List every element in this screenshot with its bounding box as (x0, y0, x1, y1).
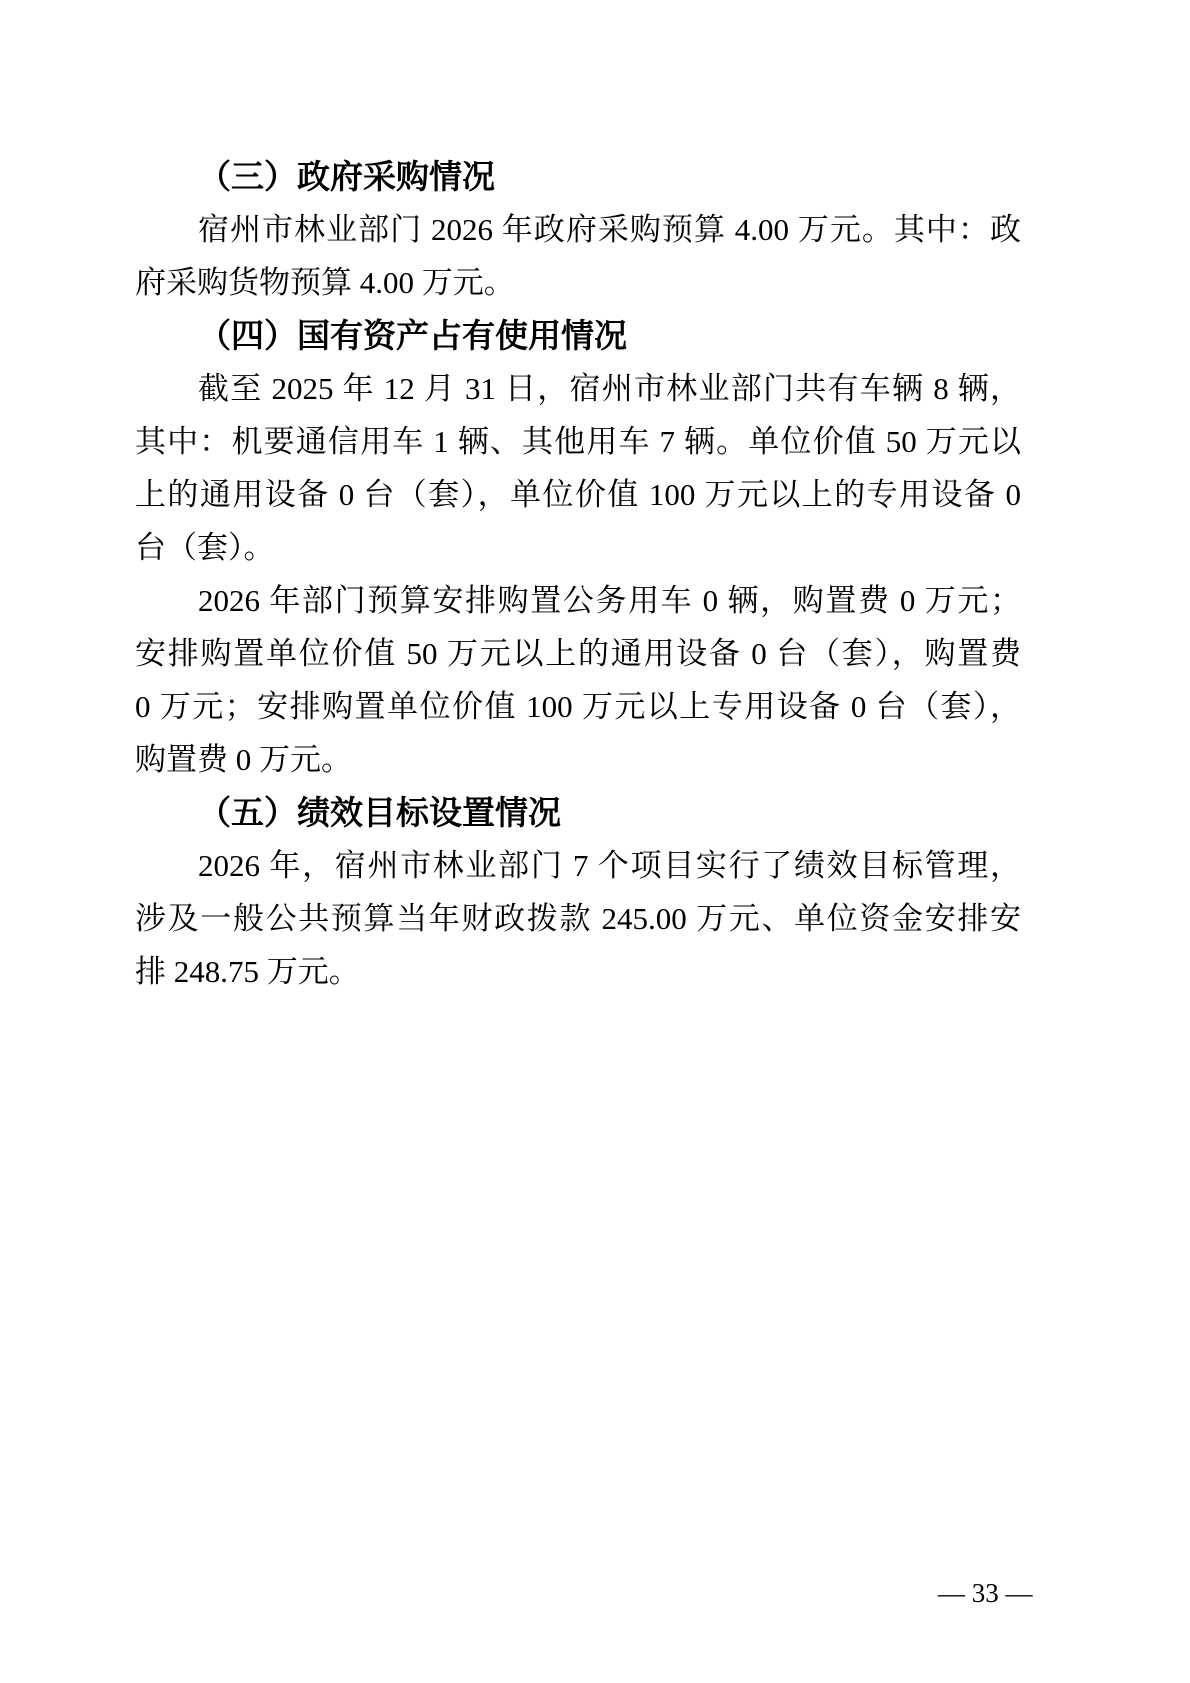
paragraph-vehicles-equipment: 截至 2025 年 12 月 31 日，宿州市林业部门共有车辆 8 辆， 其中：… (135, 362, 1021, 574)
text-line: 排 248.75 万元。 (135, 945, 1021, 998)
paragraph-planned-purchases: 2026 年部门预算安排购置公务用车 0 辆，购置费 0 万元； 安排购置单位价… (135, 574, 1021, 786)
text-line: 0 万元；安排购置单位价值 100 万元以上专用设备 0 台（套）， (135, 680, 1021, 733)
text-line: 2026 年部门预算安排购置公务用车 0 辆，购置费 0 万元； (135, 574, 1021, 627)
page-number: — 33 — (938, 1577, 1033, 1609)
text-line: 上的通用设备 0 台（套），单位价值 100 万元以上的专用设备 0 (135, 468, 1021, 521)
text-line: 其中：机要通信用车 1 辆、其他用车 7 辆。单位价值 50 万元以 (135, 415, 1021, 468)
document-page: （三）政府采购情况 宿州市林业部门 2026 年政府采购预算 4.00 万元。其… (0, 0, 1190, 1683)
section-heading-state-assets: （四）国有资产占有使用情况 (135, 309, 1021, 362)
text-line: 宿州市林业部门 2026 年政府采购预算 4.00 万元。其中：政 (135, 203, 1021, 256)
text-line: 2026 年，宿州市林业部门 7 个项目实行了绩效目标管理， (135, 839, 1021, 892)
text-line: 涉及一般公共预算当年财政拨款 245.00 万元、单位资金安排安 (135, 892, 1021, 945)
section-heading-performance-targets: （五）绩效目标设置情况 (135, 786, 1021, 839)
paragraph-performance-management: 2026 年，宿州市林业部门 7 个项目实行了绩效目标管理， 涉及一般公共预算当… (135, 839, 1021, 998)
document-content: （三）政府采购情况 宿州市林业部门 2026 年政府采购预算 4.00 万元。其… (135, 150, 1021, 998)
text-line: 购置费 0 万元。 (135, 733, 1021, 786)
section-heading-government-procurement: （三）政府采购情况 (135, 150, 1021, 203)
paragraph-procurement-budget: 宿州市林业部门 2026 年政府采购预算 4.00 万元。其中：政 府采购货物预… (135, 203, 1021, 309)
text-line: 府采购货物预算 4.00 万元。 (135, 256, 1021, 309)
text-line: 安排购置单位价值 50 万元以上的通用设备 0 台（套），购置费 (135, 627, 1021, 680)
text-line: 台（套）。 (135, 521, 1021, 574)
text-line: 截至 2025 年 12 月 31 日，宿州市林业部门共有车辆 8 辆， (135, 362, 1021, 415)
